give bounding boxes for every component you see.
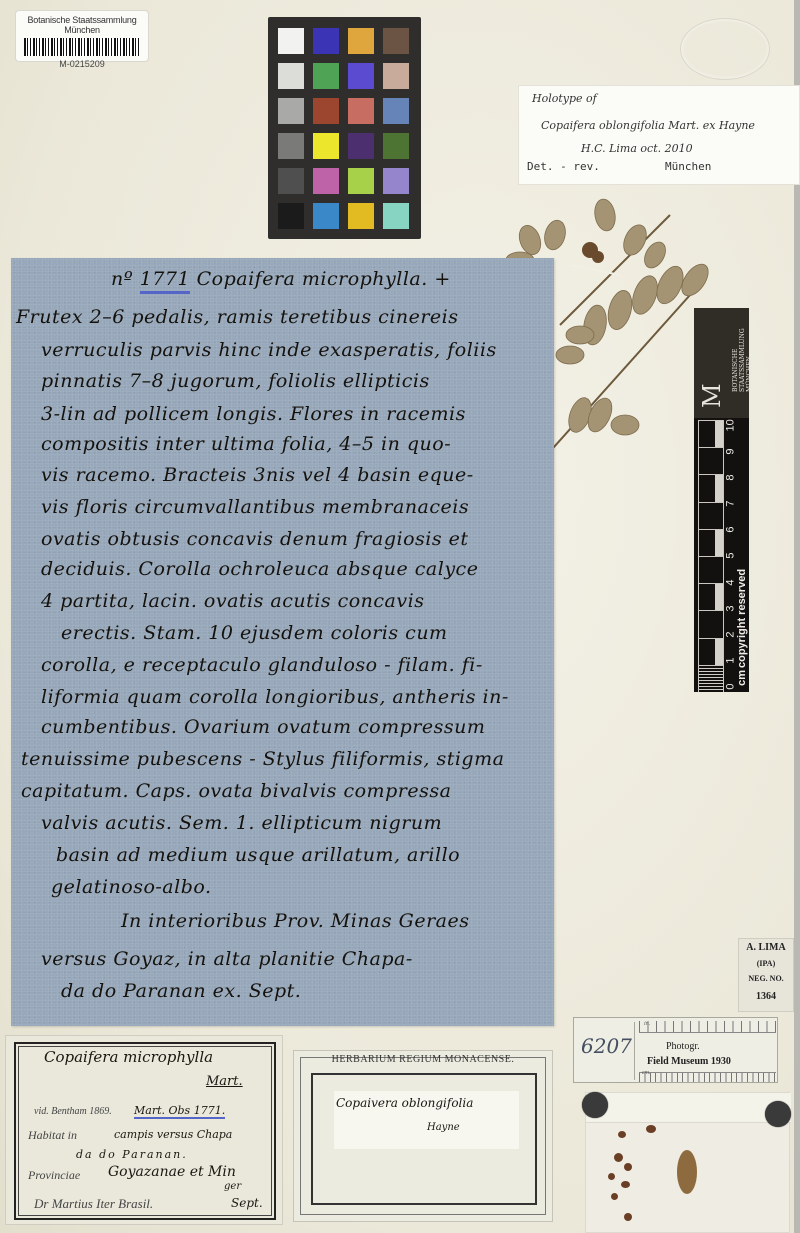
field-museum-text: Field Museum 1930 bbox=[647, 1056, 731, 1067]
scale-number: 5 bbox=[726, 550, 737, 562]
det-typed-right: München bbox=[665, 160, 711, 173]
orig-collector-hand: Sept. bbox=[231, 1196, 263, 1210]
scale-bar: BOTANISCHE STAATSSAMMLUNG MÜNCHEN M 0123… bbox=[694, 308, 749, 692]
catalog-number: M-0215209 bbox=[16, 59, 148, 69]
color-swatch bbox=[348, 63, 374, 89]
neg-label: NEG. NO. bbox=[739, 974, 793, 983]
field-note-line: Frutex 2–6 pedalis, ramis teretibus cine… bbox=[16, 306, 459, 328]
field-note-line: deciduis. Corolla ochroleuca absque caly… bbox=[41, 558, 478, 580]
orig-province-hand: Goyazanae et Min bbox=[108, 1164, 236, 1180]
magnet-right bbox=[765, 1101, 791, 1127]
original-label: Copaifera microphylla Mart. vid. Bentham… bbox=[5, 1035, 283, 1225]
field-note-line: versus Goyaz, in alta planitie Chapa- bbox=[41, 948, 413, 970]
field-museum-label: 6207 in. cm. Photogr. Field Museum 1930 bbox=[573, 1017, 778, 1083]
color-swatch bbox=[313, 133, 339, 159]
color-swatch bbox=[313, 98, 339, 124]
scale-number: 1 bbox=[726, 654, 737, 666]
scale-number: 4 bbox=[726, 576, 737, 588]
field-museum-neg-number: 6207 bbox=[577, 1022, 635, 1080]
photogr-text: Photogr. bbox=[666, 1041, 700, 1052]
color-swatch bbox=[348, 28, 374, 54]
barcode-label: Botanische Staatssammlung München M-0215… bbox=[15, 10, 149, 62]
color-swatch bbox=[383, 28, 409, 54]
color-swatch bbox=[313, 63, 339, 89]
scale-unit: cm bbox=[736, 670, 748, 686]
field-note-line: tenuissime pubescens - Stylus filiformis… bbox=[21, 748, 504, 770]
field-note-line: compositis inter ultima folia, 4–5 in qu… bbox=[41, 433, 451, 455]
scale-number: 6 bbox=[726, 524, 737, 536]
hr-title: HERBARIUM REGIUM MONACENSE. bbox=[294, 1054, 552, 1065]
orig-collector-printed: Dr Martius Iter Brasil. bbox=[34, 1196, 153, 1212]
field-note-line: vis racemo. Bracteis 3nis vel 4 basin eq… bbox=[41, 464, 474, 486]
orig-habitat-hand2: da do Paranan. bbox=[76, 1148, 188, 1161]
herbarium-regium-label: HERBARIUM REGIUM MONACENSE. Copaivera ob… bbox=[293, 1050, 553, 1222]
scale-number: 2 bbox=[726, 628, 737, 640]
color-swatch bbox=[278, 203, 304, 229]
orig-habitat-printed: Habitat in bbox=[28, 1128, 77, 1143]
photographer-name: A. LIMA bbox=[739, 942, 793, 953]
field-note-line: gelatinoso-albo. bbox=[51, 876, 212, 898]
color-swatch bbox=[348, 98, 374, 124]
color-swatch bbox=[348, 168, 374, 194]
inch-ruler bbox=[639, 1021, 776, 1033]
neg-number: 1364 bbox=[739, 991, 793, 1002]
scale-number: 7 bbox=[726, 498, 737, 510]
scale-number: 10 bbox=[726, 420, 737, 432]
packet-flap bbox=[586, 1093, 791, 1123]
orig-obs: Mart. Obs 1771. bbox=[134, 1104, 225, 1117]
photographer-label: A. LIMA (IPA) NEG. NO. 1364 bbox=[738, 938, 794, 1012]
copyright-text: copyright reserved bbox=[736, 438, 748, 668]
field-note-line: In interioribus Prov. Minas Geraes bbox=[121, 910, 470, 932]
field-note-line: liformia quam corolla longioribus, anthe… bbox=[41, 686, 509, 708]
detached-leaflet bbox=[677, 1150, 697, 1194]
field-note-line: pinnatis 7–8 jugorum, foliolis elliptici… bbox=[41, 370, 430, 392]
field-note-line: verruculis parvis hinc inde exasperatis,… bbox=[41, 339, 497, 361]
field-note-line: valvis acutis. Sem. 1. ellipticum nigrum bbox=[41, 812, 442, 834]
field-note-line: basin ad medium usque arillatum, arillo bbox=[56, 844, 460, 866]
orig-author: Mart. bbox=[206, 1074, 243, 1089]
orig-province-printed: Provinciae bbox=[28, 1168, 80, 1183]
scale-number: 3 bbox=[726, 602, 737, 614]
hr-taxon-name: Copaivera oblongifolia bbox=[336, 1096, 473, 1110]
scale-ruler-ticks bbox=[698, 420, 724, 692]
scale-number: 8 bbox=[726, 472, 737, 484]
field-note-line: cumbentibus. Ovarium ovatum compressum bbox=[41, 716, 485, 738]
color-swatch bbox=[278, 168, 304, 194]
scale-bar-institution: BOTANISCHE STAATSSAMMLUNG MÜNCHEN bbox=[732, 322, 744, 392]
cm-ruler bbox=[639, 1072, 776, 1082]
embossed-stamp bbox=[680, 18, 770, 80]
field-note-line: da do Paranan ex. Sept. bbox=[61, 980, 301, 1002]
color-swatch bbox=[278, 63, 304, 89]
color-swatch bbox=[313, 168, 339, 194]
orig-habitat-hand: campis versus Chapa bbox=[114, 1128, 232, 1141]
color-swatch bbox=[278, 133, 304, 159]
monogram-logo-icon: M bbox=[700, 368, 724, 408]
det-line-holotype: Holotype of bbox=[532, 92, 597, 105]
color-swatch bbox=[383, 98, 409, 124]
hr-author: Hayne bbox=[427, 1122, 460, 1133]
orig-province-hand2: ger bbox=[224, 1181, 241, 1192]
barcode-icon bbox=[24, 38, 140, 56]
field-note-paper: nº 1771 Copaifera microphylla. +Frutex 2… bbox=[11, 258, 554, 1026]
color-swatch bbox=[348, 203, 374, 229]
field-note-line: 4 partita, lacin. ovatis acutis concavis bbox=[41, 590, 424, 612]
field-note-line: corolla, e receptaculo glanduloso - fila… bbox=[41, 654, 483, 676]
color-swatch bbox=[383, 133, 409, 159]
field-note-line: ovatis obtusis concavis denum fragiosis … bbox=[41, 528, 469, 550]
color-swatch bbox=[278, 98, 304, 124]
orig-vid: vid. Bentham 1869. bbox=[34, 1106, 112, 1117]
orig-taxon-name: Copaifera microphylla bbox=[44, 1048, 213, 1066]
cm-unit: cm. bbox=[642, 1070, 651, 1076]
field-note-line: 3-lin ad pollicem longis. Flores in race… bbox=[41, 403, 466, 425]
det-line-determiner: H.C. Lima oct. 2010 bbox=[581, 142, 693, 155]
color-swatch bbox=[383, 168, 409, 194]
field-note-line: nº 1771 Copaifera microphylla. + bbox=[111, 268, 451, 290]
determination-label: Holotype of Copaifera oblongifolia Mart.… bbox=[518, 85, 800, 185]
color-swatch bbox=[278, 28, 304, 54]
color-swatch bbox=[313, 203, 339, 229]
field-note-line: vis floris circumvallantibus membranacei… bbox=[41, 496, 469, 518]
color-swatch bbox=[383, 63, 409, 89]
magnet-left bbox=[582, 1092, 608, 1118]
barcode-institution: Botanische Staatssammlung München bbox=[16, 15, 148, 35]
color-swatch bbox=[348, 133, 374, 159]
field-note-line: capitatum. Caps. ovata bivalvis compress… bbox=[21, 780, 451, 802]
scale-number: 9 bbox=[726, 446, 737, 458]
det-line-taxon: Copaifera oblongifolia Mart. ex Hayne bbox=[541, 119, 755, 132]
color-swatch bbox=[313, 28, 339, 54]
scale-number: 0 bbox=[726, 680, 737, 692]
photographer-org: (IPA) bbox=[739, 959, 793, 968]
inch-unit: in. bbox=[644, 1021, 650, 1027]
color-calibration-chart bbox=[268, 17, 421, 239]
det-typed-left: Det. - rev. bbox=[527, 160, 600, 173]
color-swatch bbox=[383, 203, 409, 229]
field-note-line: erectis. Stam. 10 ejusdem coloris cum bbox=[61, 622, 448, 644]
